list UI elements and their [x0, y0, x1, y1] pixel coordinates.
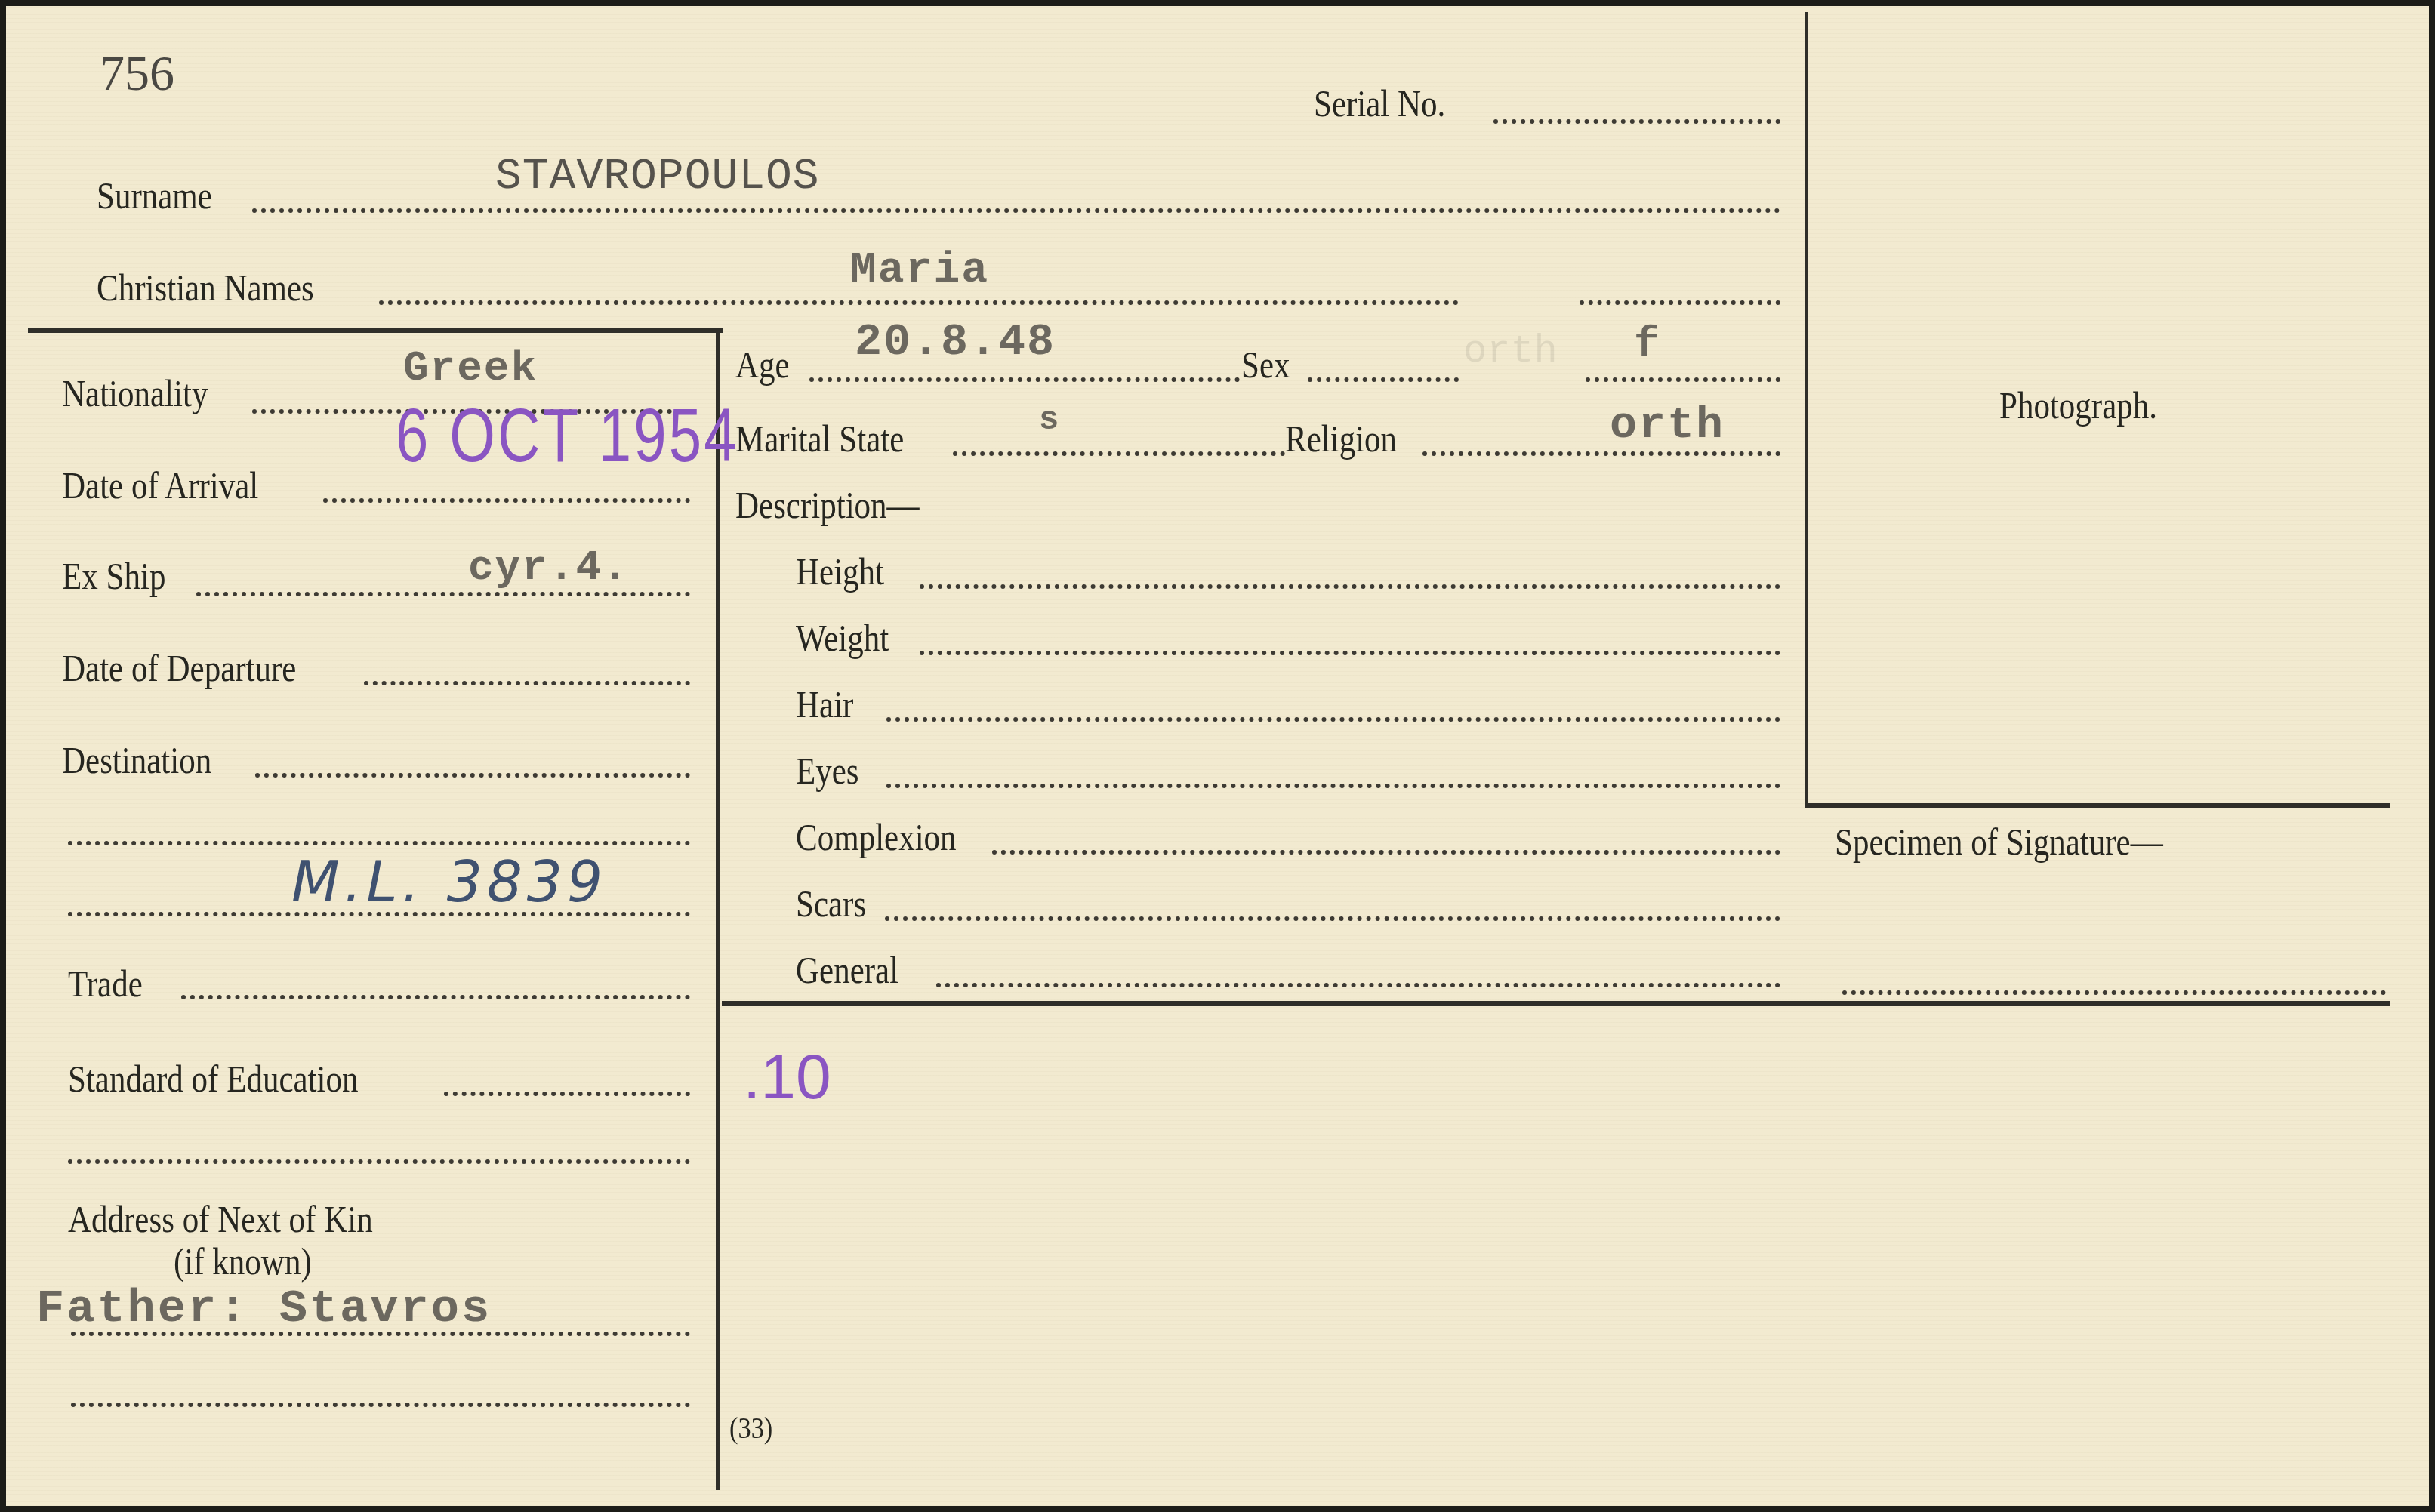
- trade-label: Trade: [68, 962, 143, 1005]
- scars-label: Scars: [796, 882, 866, 925]
- hair-label: Hair: [796, 682, 853, 726]
- photograph-area[interactable]: [1812, 21, 2386, 799]
- general-label: General: [796, 948, 898, 992]
- christian-names-label: Christian Names: [97, 266, 314, 309]
- marital-state-field[interactable]: [953, 451, 1285, 456]
- nationality-value: Greek: [403, 344, 538, 393]
- left-column-divider: [716, 328, 720, 1490]
- destination-field-3[interactable]: [68, 912, 690, 916]
- scars-field[interactable]: [885, 916, 1780, 921]
- education-field-2[interactable]: [68, 1159, 690, 1164]
- card-number: 756: [100, 45, 174, 103]
- destination-field-2[interactable]: [68, 841, 690, 845]
- height-field[interactable]: [920, 584, 1780, 589]
- destination-handwritten-note: M.L. 3839: [291, 850, 607, 915]
- signature-field[interactable]: [1842, 990, 2386, 995]
- complexion-field[interactable]: [992, 850, 1780, 855]
- eyes-label: Eyes: [796, 749, 859, 793]
- weight-label: Weight: [796, 616, 889, 660]
- lower-violet-stamp: .10: [743, 1040, 831, 1113]
- ex-ship-value: cyr.4.: [468, 544, 630, 592]
- christian-names-field[interactable]: [379, 300, 1459, 305]
- destination-label: Destination: [62, 738, 211, 782]
- sex-label: Sex: [1241, 343, 1290, 386]
- next-of-kin-sublabel: (if known): [174, 1239, 312, 1283]
- christian-names-field-extra[interactable]: [1580, 300, 1780, 305]
- sex-faded-value: orth: [1463, 329, 1558, 374]
- religion-value: orth: [1610, 400, 1725, 451]
- age-label: Age: [735, 343, 790, 386]
- form-code: (33): [729, 1410, 772, 1446]
- complexion-label: Complexion: [796, 815, 957, 859]
- photo-box-left-rule: [1805, 12, 1808, 808]
- signature-label: Specimen of Signature—: [1835, 820, 2163, 864]
- religion-field[interactable]: [1422, 451, 1780, 456]
- surname-field[interactable]: [252, 208, 1780, 213]
- general-field[interactable]: [936, 983, 1780, 987]
- sex-field[interactable]: [1308, 377, 1459, 382]
- education-label: Standard of Education: [68, 1057, 359, 1101]
- religion-label: Religion: [1285, 417, 1397, 460]
- trade-field[interactable]: [181, 995, 690, 999]
- photo-box-bottom-rule: [1805, 803, 2390, 808]
- surname-value: STAVROPOULOS: [495, 152, 820, 202]
- height-label: Height: [796, 550, 884, 593]
- marital-state-label: Marital State: [735, 417, 904, 460]
- date-of-departure-field[interactable]: [364, 681, 690, 685]
- description-bottom-rule: [722, 1001, 2390, 1006]
- description-label: Description—: [735, 483, 920, 527]
- left-header-rule: [28, 328, 723, 333]
- marital-state-value: s: [1039, 402, 1060, 439]
- date-of-departure-label: Date of Departure: [62, 646, 296, 690]
- sex-field-2[interactable]: [1586, 377, 1780, 382]
- sex-value: f: [1634, 320, 1661, 368]
- weight-field[interactable]: [920, 651, 1780, 655]
- serial-no-label: Serial No.: [1314, 82, 1445, 125]
- eyes-field[interactable]: [886, 784, 1780, 788]
- age-field[interactable]: [809, 377, 1240, 382]
- surname-label: Surname: [97, 174, 212, 217]
- hair-field[interactable]: [886, 717, 1780, 722]
- date-of-arrival-label: Date of Arrival: [62, 463, 258, 507]
- destination-field[interactable]: [255, 773, 690, 778]
- next-of-kin-field[interactable]: [71, 1332, 690, 1336]
- ex-ship-field[interactable]: [196, 592, 690, 596]
- serial-no-field[interactable]: [1493, 119, 1780, 124]
- next-of-kin-field-2[interactable]: [71, 1403, 690, 1407]
- arrival-date-stamp: 6 OCT 1954: [396, 393, 739, 479]
- ex-ship-label: Ex Ship: [62, 554, 165, 598]
- education-field[interactable]: [444, 1092, 690, 1096]
- christian-names-value: Maria: [850, 246, 989, 295]
- registration-card: 756 Serial No. Surname STAVROPOULOS Chri…: [6, 6, 2429, 1506]
- date-of-arrival-field[interactable]: [323, 498, 690, 503]
- nationality-label: Nationality: [62, 371, 208, 415]
- next-of-kin-label: Address of Next of Kin: [68, 1197, 373, 1241]
- age-value: 20.8.48: [855, 317, 1056, 368]
- next-of-kin-value: Father: Stavros: [36, 1282, 492, 1335]
